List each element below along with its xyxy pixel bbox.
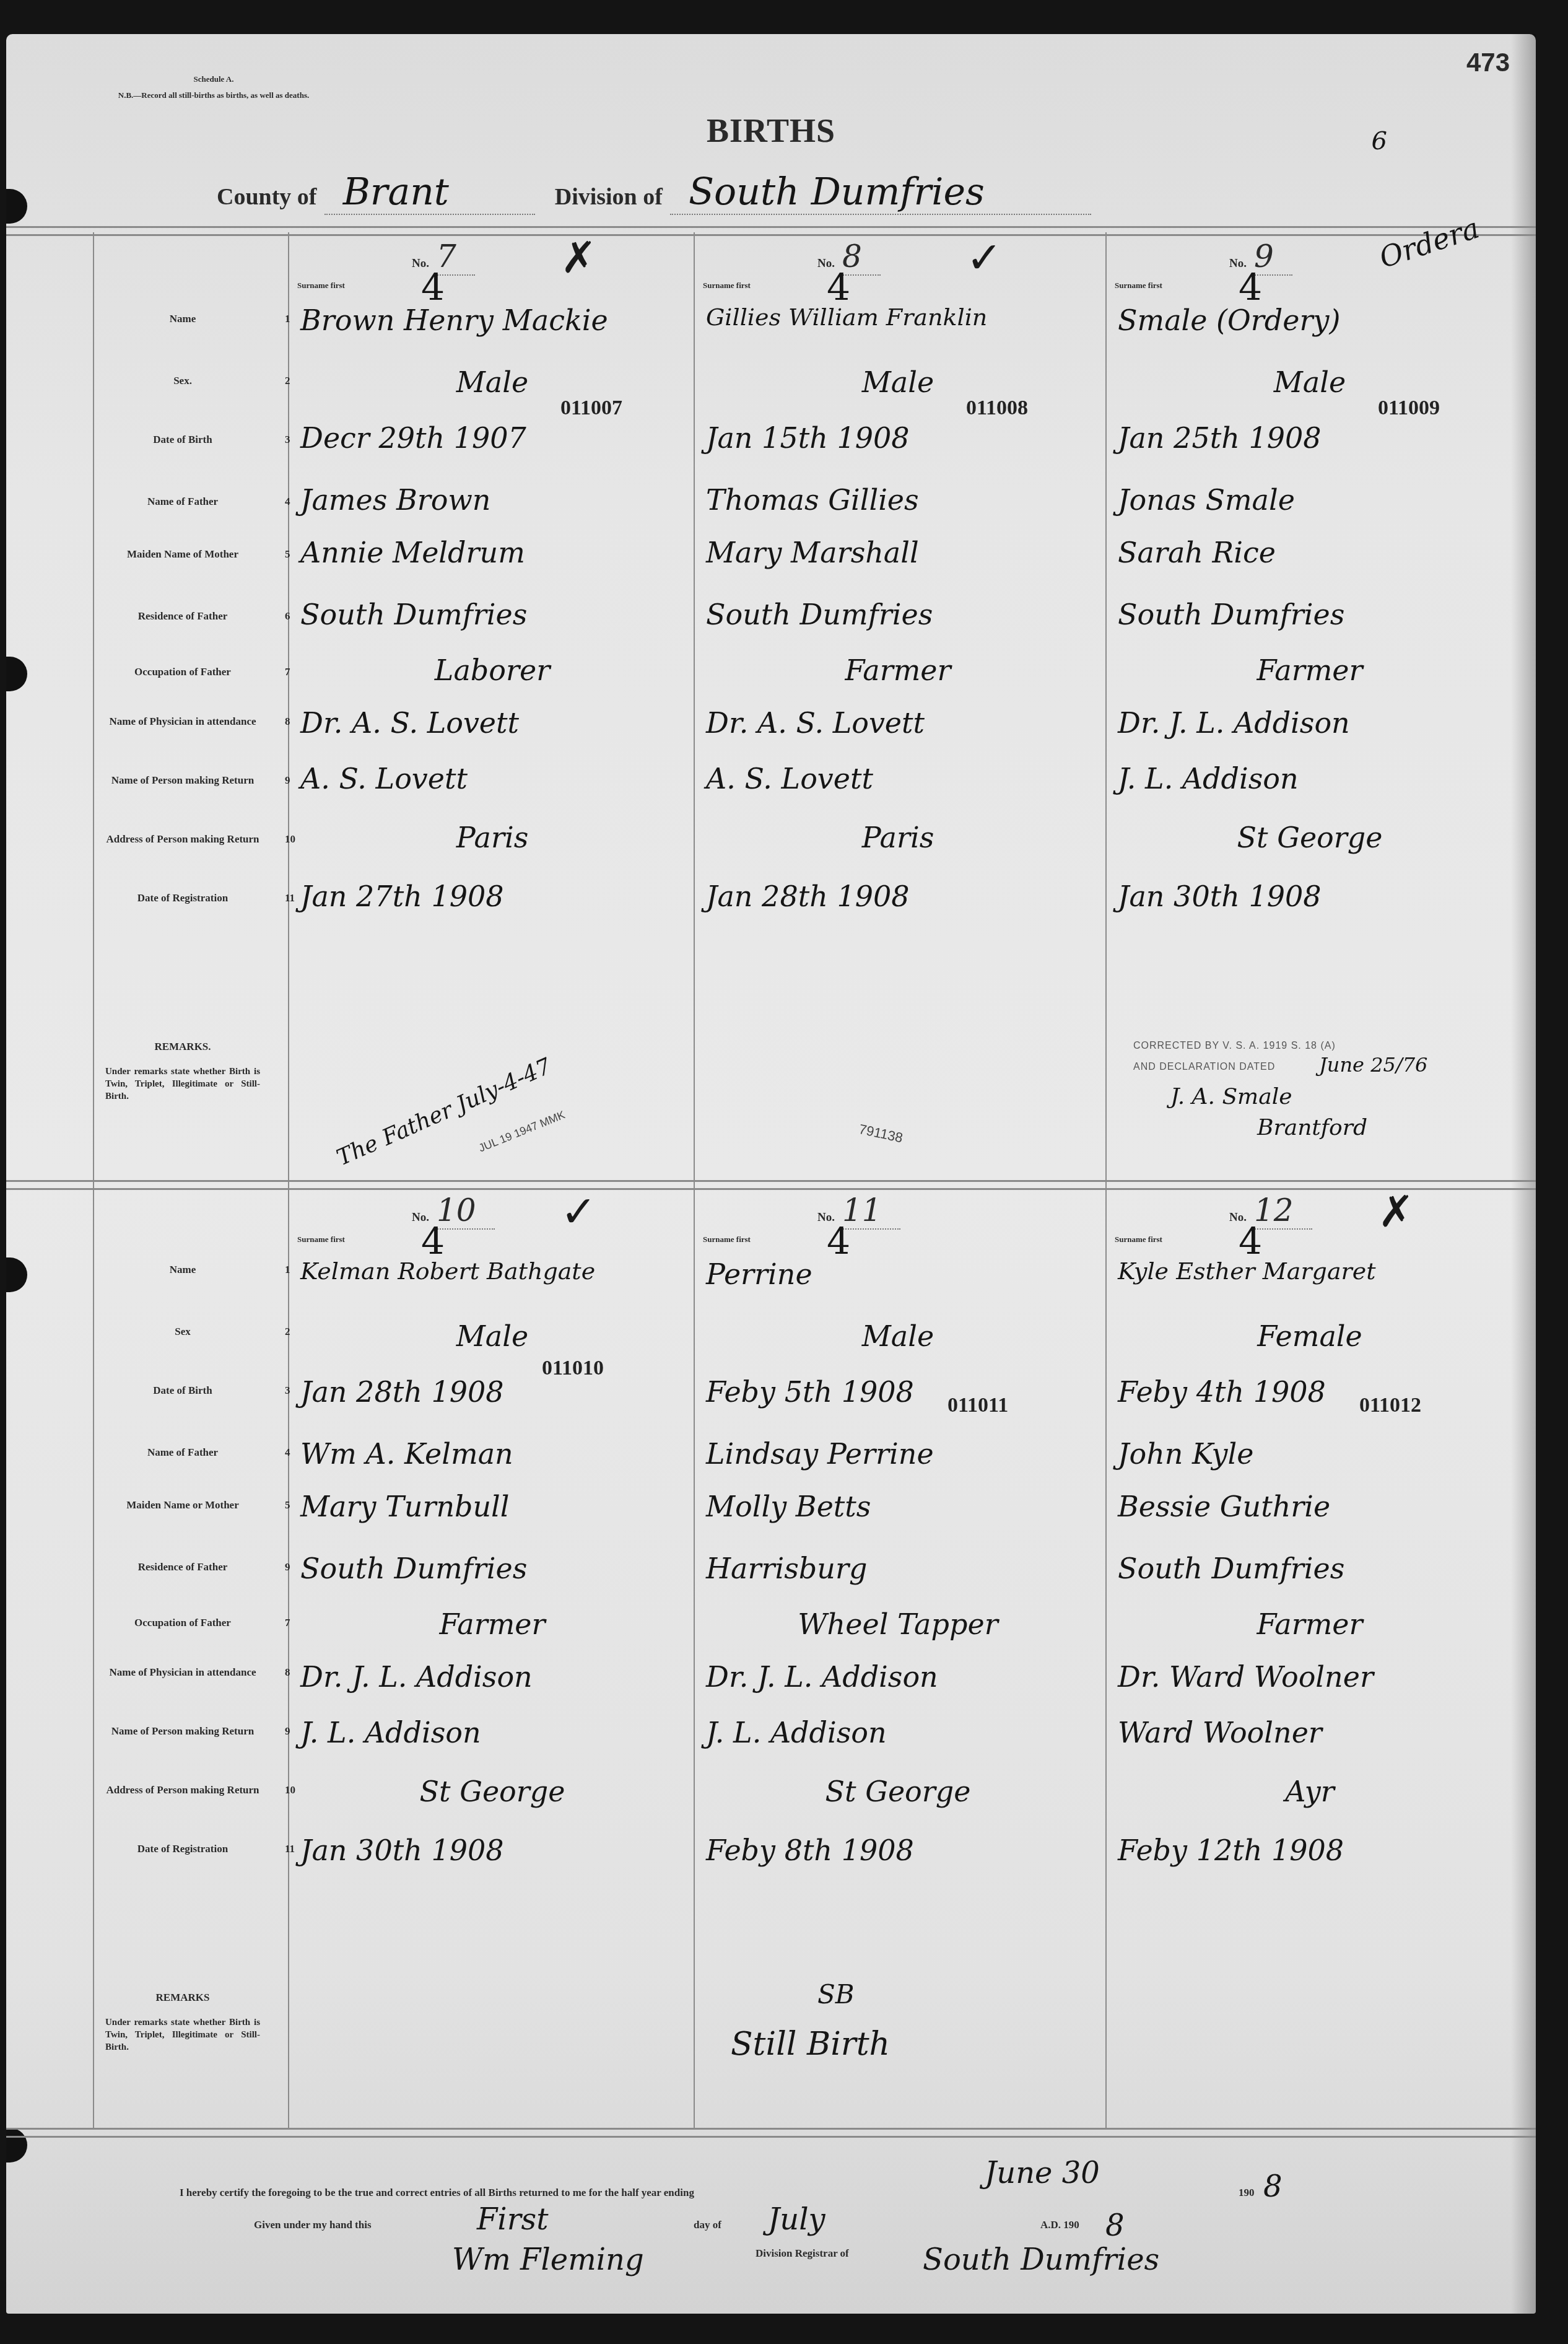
row-label: Sex. — [99, 375, 266, 387]
row-number: 1 — [285, 1264, 290, 1276]
row-number: 11 — [285, 1843, 295, 1855]
row-number: 4 — [285, 1446, 290, 1459]
field-return-address: St George — [300, 1775, 684, 1808]
checkmark-icon: ✓ — [966, 232, 1003, 283]
field-date-of-birth: Decr 29th 1907 — [300, 421, 684, 455]
field-name: Perrine — [706, 1257, 1090, 1291]
field-mother-maiden: Annie Meldrum — [300, 536, 684, 569]
row-label: Residence of Father — [99, 1561, 266, 1573]
field-father: James Brown — [300, 483, 684, 517]
field-registration-date: Jan 27th 1908 — [300, 880, 684, 913]
birth-entry-11: No.114Surname firstPerrineMaleFeby 5th 1… — [700, 1186, 1096, 2115]
registration-number-stamp: 011007 — [560, 396, 622, 420]
row-label: Date of Registration — [99, 892, 266, 904]
row-label: Name of Physician in attendance — [99, 1666, 266, 1679]
field-mother-maiden: Mary Marshall — [706, 536, 1090, 569]
field-return-person: A. S. Lovett — [706, 762, 1090, 795]
page-number: 473 — [1466, 48, 1510, 77]
row-number: 8 — [285, 1666, 290, 1679]
remarks-instruction: Under remarks state whether Birth is Twi… — [99, 1065, 266, 1103]
field-residence: Harrisburg — [706, 1552, 1090, 1585]
field-return-person: J. L. Addison — [1118, 762, 1502, 795]
year-suffix: 8 — [1263, 2169, 1283, 2204]
row-number: 9 — [285, 774, 290, 787]
registration-number-stamp: 011008 — [966, 396, 1028, 420]
row-number: 2 — [285, 375, 290, 387]
surname-hint: Surname first — [1115, 281, 1162, 291]
field-physician: Dr. Ward Woolner — [1118, 1660, 1502, 1694]
field-name: Smale (Ordery) — [1118, 304, 1502, 337]
row-label: Name of Physician in attendance — [99, 715, 266, 728]
schedule-note: N.B.—Record all still-births as births, … — [111, 90, 316, 100]
field-occupation: Farmer — [1118, 1607, 1502, 1641]
birth-entry-10: No.104✓Surname firstKelman Robert Bathga… — [294, 1186, 690, 2115]
field-sex: Male — [1118, 365, 1502, 399]
binding-hole — [6, 657, 27, 691]
birth-entry-8: No.84✓Surname firstGillies William Frank… — [700, 232, 1096, 1161]
row-label: Occupation of Father — [99, 666, 266, 678]
field-father: John Kyle — [1118, 1437, 1502, 1471]
row-label: Maiden Name of Mother — [99, 548, 266, 561]
field-date-of-birth: Jan 15th 1908 — [706, 421, 1090, 455]
column-line — [1105, 232, 1107, 2128]
registrar-label: Division Registrar of — [756, 2247, 849, 2260]
row-label: Date of Birth — [99, 434, 266, 446]
row-label: Date of Birth — [99, 1384, 266, 1397]
registration-number-stamp: 011011 — [947, 1394, 1008, 1417]
field-registration-date: Feby 12th 1908 — [1118, 1834, 1502, 1867]
remarks-heading: REMARKS. — [99, 1041, 266, 1053]
field-date-of-birth: Jan 28th 1908 — [300, 1375, 684, 1409]
field-physician: Dr. J. L. Addison — [300, 1660, 684, 1694]
row-number: 3 — [285, 1384, 290, 1397]
row-number: 9 — [285, 1725, 290, 1738]
registrar-signature: Wm Fleming — [452, 2242, 644, 2277]
surname-hint: Surname first — [297, 1235, 345, 1244]
birth-entry-7: No.74✗Surname firstBrown Henry MackieMal… — [294, 232, 690, 1161]
row-number: 7 — [285, 1617, 290, 1629]
remark-entry-11: Still Birth — [731, 2026, 890, 2063]
field-name: Kyle Esther Margaret — [1118, 1257, 1502, 1285]
remark-abbrev-entry-11: SB — [817, 1979, 855, 2009]
binding-hole — [6, 1257, 27, 1292]
field-return-address: Paris — [706, 821, 1090, 854]
row-number: 8 — [285, 715, 290, 728]
row-label: Name of Father — [99, 496, 266, 508]
field-father: Wm A. Kelman — [300, 1437, 684, 1471]
field-date-of-birth: Jan 25th 1908 — [1118, 421, 1502, 455]
field-sex: Male — [706, 1319, 1090, 1353]
binding-hole — [6, 189, 27, 224]
register-page: 473 6 Schedule A. N.B.—Record all still-… — [6, 34, 1536, 2314]
half-year-end: June 30 — [985, 2156, 1100, 2190]
field-sex: Female — [1118, 1319, 1502, 1353]
field-residence: South Dumfries — [300, 1552, 684, 1585]
surname-hint: Surname first — [703, 1235, 751, 1244]
field-name: Gillies William Franklin — [706, 304, 1090, 331]
field-occupation: Farmer — [1118, 654, 1502, 687]
schedule-note-block: Schedule A. N.B.—Record all still-births… — [111, 74, 316, 100]
field-return-person: J. L. Addison — [300, 1716, 684, 1749]
row-number: 4 — [285, 496, 290, 508]
field-registration-date: Feby 8th 1908 — [706, 1834, 1090, 1867]
field-occupation: Wheel Tapper — [706, 1607, 1090, 1641]
county-division-line: County of Brant Division of South Dumfri… — [217, 170, 1091, 215]
row-label: Name of Person making Return — [99, 1725, 266, 1738]
field-name: Brown Henry Mackie — [300, 304, 684, 337]
name-annotation: Ordera — [1375, 211, 1483, 275]
row-label: Date of Registration — [99, 1843, 266, 1855]
column-line — [694, 232, 695, 2128]
given-day: First — [477, 2202, 549, 2237]
row-label: Maiden Name or Mother — [99, 1499, 266, 1511]
field-return-person: J. L. Addison — [706, 1716, 1090, 1749]
row-number: 1 — [285, 313, 290, 325]
row-label: Occupation of Father — [99, 1617, 266, 1629]
row-number: 5 — [285, 1499, 290, 1511]
column-line — [93, 232, 94, 2128]
schedule-label: Schedule A. — [111, 74, 316, 84]
row-number: 7 — [285, 666, 290, 678]
checkmark-icon: ✗ — [1378, 1186, 1414, 1237]
field-return-address: St George — [1118, 821, 1502, 854]
field-registration-date: Jan 30th 1908 — [300, 1834, 684, 1867]
birth-entry-9: No.94OrderaSurname firstSmale (Ordery)Ma… — [1112, 232, 1508, 1161]
field-return-address: Paris — [300, 821, 684, 854]
surname-hint: Surname first — [1115, 1235, 1162, 1244]
field-father: Thomas Gillies — [706, 483, 1090, 517]
field-mother-maiden: Bessie Guthrie — [1118, 1490, 1502, 1523]
row-number: 9 — [285, 1561, 290, 1573]
row-number: 3 — [285, 434, 290, 446]
row-label: Name of Father — [99, 1446, 266, 1459]
field-residence: South Dumfries — [300, 598, 684, 631]
field-physician: Dr. J. L. Addison — [706, 1660, 1090, 1694]
page-title: BIRTHS — [6, 112, 1536, 150]
correction-date: June 25/76 — [1319, 1053, 1427, 1077]
division-label: Division of — [555, 184, 663, 210]
field-registration-date: Jan 30th 1908 — [1118, 880, 1502, 913]
row-number: 5 — [285, 548, 290, 561]
field-residence: South Dumfries — [706, 598, 1090, 631]
division-value: South Dumfries — [670, 170, 1091, 215]
page-edge-shadow — [1511, 34, 1536, 2314]
row-label: Residence of Father — [99, 610, 266, 623]
field-name: Kelman Robert Bathgate — [300, 1257, 684, 1285]
field-occupation: Farmer — [706, 654, 1090, 687]
year-prefix: 190 — [1239, 2187, 1255, 2199]
correction-signature: J. A. Smale — [1170, 1084, 1292, 1109]
field-return-person: Ward Woolner — [1118, 1716, 1502, 1749]
correction-block-entry-9: CORRECTED BY V. S. A. 1919 S. 18 (A) AND… — [1133, 1041, 1480, 1073]
field-occupation: Farmer — [300, 1607, 684, 1641]
remarks-instruction: Under remarks state whether Birth is Twi… — [99, 2016, 266, 2053]
given-month: July — [768, 2202, 825, 2237]
ad-suffix: 8 — [1105, 2208, 1125, 2243]
row-number: 6 — [285, 610, 290, 623]
registration-number-stamp: 011009 — [1378, 396, 1440, 420]
field-physician: Dr. J. L. Addison — [1118, 706, 1502, 740]
field-sex: Male — [300, 365, 684, 399]
field-occupation: Laborer — [300, 654, 684, 687]
field-registration-date: Jan 28th 1908 — [706, 880, 1090, 913]
row-label: Name — [99, 313, 266, 325]
day-of-label: day of — [694, 2219, 721, 2231]
row-label: Address of Person making Return — [99, 1784, 266, 1796]
row-number: 2 — [285, 1326, 290, 1338]
county-label: County of — [217, 184, 317, 210]
correction-stamp: CORRECTED BY V. S. A. 1919 S. 18 (A) — [1133, 1041, 1480, 1052]
registrar-division: South Dumfries — [923, 2242, 1159, 2277]
section-rule — [6, 2128, 1536, 2138]
ad-label: A.D. 190 — [1040, 2219, 1079, 2231]
field-father: Jonas Smale — [1118, 483, 1502, 517]
field-physician: Dr. A. S. Lovett — [706, 706, 1090, 740]
birth-entry-12: No.124✗Surname firstKyle Esther Margaret… — [1112, 1186, 1508, 2115]
correction-place: Brantford — [1257, 1115, 1367, 1140]
field-return-address: Ayr — [1118, 1775, 1502, 1808]
row-label: Name of Person making Return — [99, 774, 266, 787]
field-mother-maiden: Sarah Rice — [1118, 536, 1502, 569]
field-father: Lindsay Perrine — [706, 1437, 1090, 1471]
checkmark-icon: ✗ — [560, 232, 597, 283]
registration-number-stamp: 011010 — [542, 1357, 604, 1380]
registration-number-stamp: 011012 — [1359, 1394, 1421, 1417]
field-mother-maiden: Mary Turnbull — [300, 1490, 684, 1523]
field-date-of-birth: Feby 5th 1908 — [706, 1375, 1090, 1409]
certification-statement: I hereby certify the foregoing to be the… — [180, 2187, 694, 2199]
field-sex: Male — [706, 365, 1090, 399]
field-date-of-birth: Feby 4th 1908 — [1118, 1375, 1502, 1409]
row-label: Name — [99, 1264, 266, 1276]
field-sex: Male — [300, 1319, 684, 1353]
surname-hint: Surname first — [297, 281, 345, 291]
field-return-address: St George — [706, 1775, 1090, 1808]
field-return-person: A. S. Lovett — [300, 762, 684, 795]
row-label: Sex — [99, 1326, 266, 1338]
checkmark-icon: ✓ — [560, 1186, 597, 1237]
county-value: Brant — [324, 170, 535, 215]
given-label: Given under my hand this — [254, 2219, 372, 2231]
row-number: 11 — [285, 892, 295, 904]
remarks-heading: REMARKS — [99, 1992, 266, 2004]
field-physician: Dr. A. S. Lovett — [300, 706, 684, 740]
field-residence: South Dumfries — [1118, 598, 1502, 631]
field-residence: South Dumfries — [1118, 1552, 1502, 1585]
row-label: Address of Person making Return — [99, 833, 266, 846]
field-mother-maiden: Molly Betts — [706, 1490, 1090, 1523]
declaration-stamp: AND DECLARATION DATED — [1133, 1062, 1480, 1073]
surname-hint: Surname first — [703, 281, 751, 291]
